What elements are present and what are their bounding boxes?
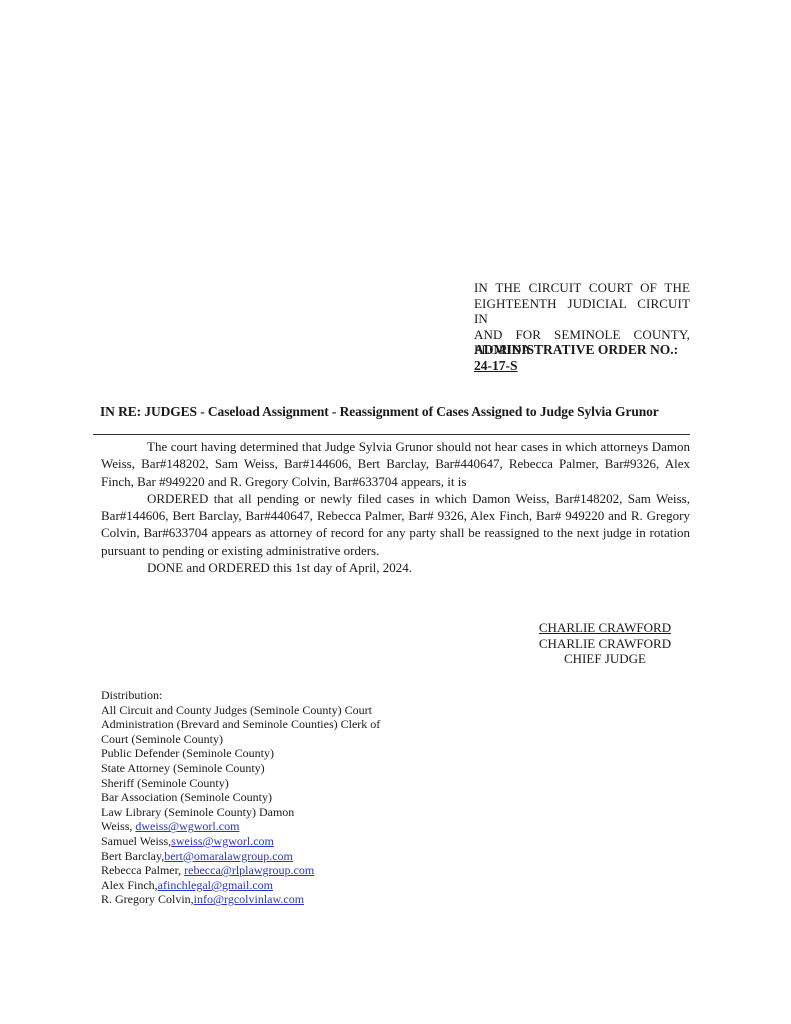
contact-line: Rebecca Palmer, rebecca@rlplawgroup.com	[101, 863, 421, 878]
distribution-item: Court (Seminole County)	[101, 732, 421, 747]
administrative-order-number: ADMINISTRATIVE ORDER NO.: 24-17-S	[474, 342, 678, 374]
contact-line: R. Gregory Colvin,info@rgcolvinlaw.com	[101, 892, 421, 907]
signature-line: CHARLIE CRAWFORD	[520, 620, 690, 636]
email-link[interactable]: sweiss@wgworl.com	[171, 834, 274, 848]
contact-line: Bert Barclay,bert@omaralawgroup.com	[101, 849, 421, 864]
contact-name: Samuel Weiss,	[101, 834, 171, 848]
body-paragraph-ordered: ORDERED that all pending or newly filed …	[101, 490, 690, 559]
email-link[interactable]: bert@omaralawgroup.com	[164, 849, 293, 863]
signature-block: CHARLIE CRAWFORD CHARLIE CRAWFORD CHIEF …	[520, 620, 690, 667]
signer-name: CHARLIE CRAWFORD	[520, 636, 690, 652]
order-number: 24-17-S	[474, 358, 678, 374]
contact-name: Rebecca Palmer,	[101, 863, 184, 877]
contact-line: Weiss, dweiss@wgworl.com	[101, 819, 421, 834]
email-link[interactable]: afinchlegal@gmail.com	[158, 878, 273, 892]
document-page: IN THE CIRCUIT COURT OF THE EIGHTEENTH J…	[0, 0, 791, 1024]
email-link[interactable]: rebecca@rlplawgroup.com	[184, 863, 314, 877]
distribution-list: Distribution: All Circuit and County Jud…	[101, 688, 421, 907]
contact-line: Alex Finch,afinchlegal@gmail.com	[101, 878, 421, 893]
signer-title: CHIEF JUDGE	[520, 651, 690, 667]
contact-name: Alex Finch,	[101, 878, 158, 892]
order-body: The court having determined that Judge S…	[101, 438, 690, 576]
distribution-item: Administration (Brevard and Seminole Cou…	[101, 717, 421, 732]
email-link[interactable]: info@rgcolvinlaw.com	[194, 892, 304, 906]
distribution-heading: Distribution:	[101, 688, 421, 703]
body-paragraph-done: DONE and ORDERED this 1st day of April, …	[101, 559, 690, 576]
distribution-item: Bar Association (Seminole County)	[101, 790, 421, 805]
court-caption-line: EIGHTEENTH JUDICIAL CIRCUIT IN	[474, 296, 690, 327]
distribution-item: Public Defender (Seminole County)	[101, 746, 421, 761]
court-caption-line: IN THE CIRCUIT COURT OF THE	[474, 280, 690, 296]
distribution-item: All Circuit and County Judges (Seminole …	[101, 703, 421, 718]
distribution-item: Sheriff (Seminole County)	[101, 776, 421, 791]
distribution-item: State Attorney (Seminole County)	[101, 761, 421, 776]
contact-name: R. Gregory Colvin,	[101, 892, 194, 906]
order-title: IN RE: JUDGES - Caseload Assignment - Re…	[100, 404, 700, 420]
court-caption-line: AND FOR SEMINOLE COUNTY,	[474, 327, 690, 343]
body-paragraph-findings: The court having determined that Judge S…	[101, 438, 690, 490]
distribution-item: Law Library (Seminole County) Damon	[101, 805, 421, 820]
contact-name: Weiss,	[101, 819, 135, 833]
contact-name: Bert Barclay,	[101, 849, 164, 863]
contact-line: Samuel Weiss,sweiss@wgworl.com	[101, 834, 421, 849]
email-link[interactable]: dweiss@wgworl.com	[135, 819, 239, 833]
order-label: ADMINISTRATIVE ORDER NO.:	[474, 342, 678, 357]
horizontal-rule	[93, 434, 690, 435]
